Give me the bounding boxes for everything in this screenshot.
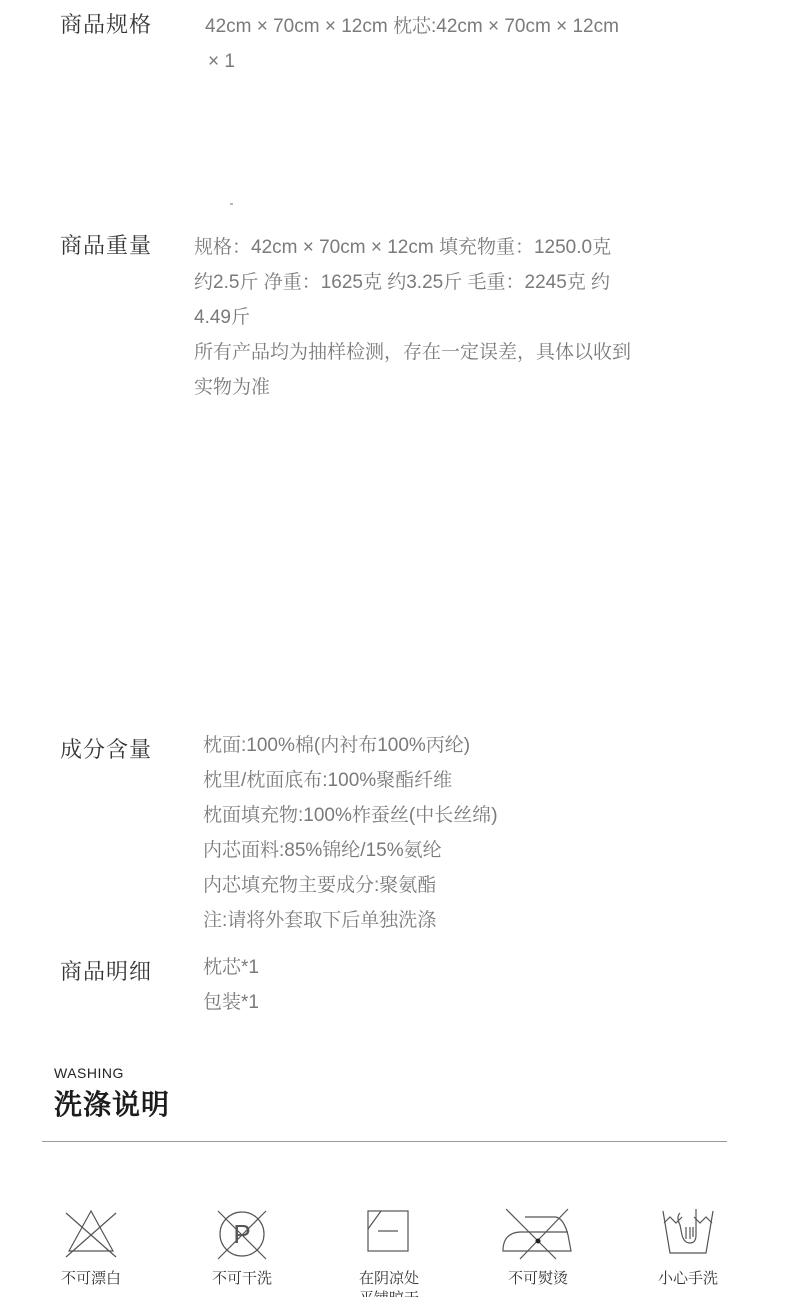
care-label: 不可熨烫 bbox=[483, 1269, 593, 1289]
washing-header: WASHING 洗涤说明 bbox=[54, 1065, 170, 1123]
washing-title-cn: 洗涤说明 bbox=[54, 1083, 170, 1123]
composition-line: 枕里/枕面底布:100%聚酯纤维 bbox=[203, 763, 498, 798]
composition-line: 内芯面料:85%锦纶/15%氨纶 bbox=[203, 833, 498, 868]
details-label: 商品明细 bbox=[60, 955, 152, 986]
details-line: 枕芯*1 bbox=[203, 950, 259, 985]
care-item-no-iron: 不可熨烫 bbox=[483, 1205, 593, 1289]
stray-dot bbox=[230, 203, 233, 205]
weight-line: 约2.5斤 净重：1625克 约3.25斤 毛重：2245克 约 bbox=[194, 265, 684, 300]
spec-line: 42cm × 70cm × 12cm 枕芯:42cm × 70cm × 12cm bbox=[205, 9, 685, 44]
dry-in-shade-icon bbox=[359, 1205, 419, 1261]
no-iron-icon bbox=[498, 1205, 578, 1261]
no-dry-clean-icon: P bbox=[212, 1205, 272, 1261]
weight-line: 所有产品均为抽样检测，存在一定误差，具体以收到 bbox=[194, 335, 684, 370]
care-item-dry-in-shade: 在阴凉处 平铺晾干 bbox=[334, 1205, 444, 1297]
composition-line: 注:请将外套取下后单独洗涤 bbox=[203, 903, 498, 938]
details-value: 枕芯*1 包装*1 bbox=[203, 950, 259, 1020]
composition-line: 内芯填充物主要成分:聚氨酯 bbox=[203, 868, 498, 903]
spec-label: 商品规格 bbox=[60, 8, 152, 39]
composition-value: 枕面:100%棉(内衬布100%丙纶) 枕里/枕面底布:100%聚酯纤维 枕面填… bbox=[203, 728, 498, 938]
care-label: 在阴凉处 bbox=[334, 1269, 444, 1289]
care-item-no-dry-clean: P 不可干洗 bbox=[187, 1205, 297, 1289]
divider bbox=[42, 1141, 727, 1142]
weight-line: 规格：42cm × 70cm × 12cm 填充物重：1250.0克 bbox=[194, 230, 684, 265]
care-item-no-bleach: 不可漂白 bbox=[36, 1205, 146, 1289]
weight-line: 实物为准 bbox=[194, 370, 684, 405]
no-bleach-icon bbox=[61, 1205, 121, 1261]
composition-line: 枕面:100%棉(内衬布100%丙纶) bbox=[203, 728, 498, 763]
hand-wash-icon bbox=[658, 1205, 718, 1261]
care-label: 小心手洗 bbox=[633, 1269, 743, 1289]
composition-line: 枕面填充物:100%柞蚕丝(中长丝绵) bbox=[203, 798, 498, 833]
spec-value: 42cm × 70cm × 12cm 枕芯:42cm × 70cm × 12cm… bbox=[205, 9, 685, 79]
composition-label: 成分含量 bbox=[60, 733, 152, 764]
care-icons: 不可漂白 P 不可干洗 在阴凉处 平铺晾干 bbox=[0, 1205, 790, 1300]
care-sub-label: 平铺晾干 bbox=[334, 1289, 444, 1297]
care-label: 不可干洗 bbox=[187, 1269, 297, 1289]
weight-line: 4.49斤 bbox=[194, 300, 684, 335]
weight-value: 规格：42cm × 70cm × 12cm 填充物重：1250.0克 约2.5斤… bbox=[194, 230, 684, 405]
details-line: 包装*1 bbox=[203, 985, 259, 1020]
care-item-hand-wash: 小心手洗 bbox=[633, 1205, 743, 1289]
spec-line: × 1 bbox=[205, 44, 685, 79]
washing-title-en: WASHING bbox=[54, 1065, 170, 1081]
svg-text:P: P bbox=[233, 1219, 250, 1249]
care-label: 不可漂白 bbox=[36, 1269, 146, 1289]
weight-label: 商品重量 bbox=[60, 229, 152, 260]
